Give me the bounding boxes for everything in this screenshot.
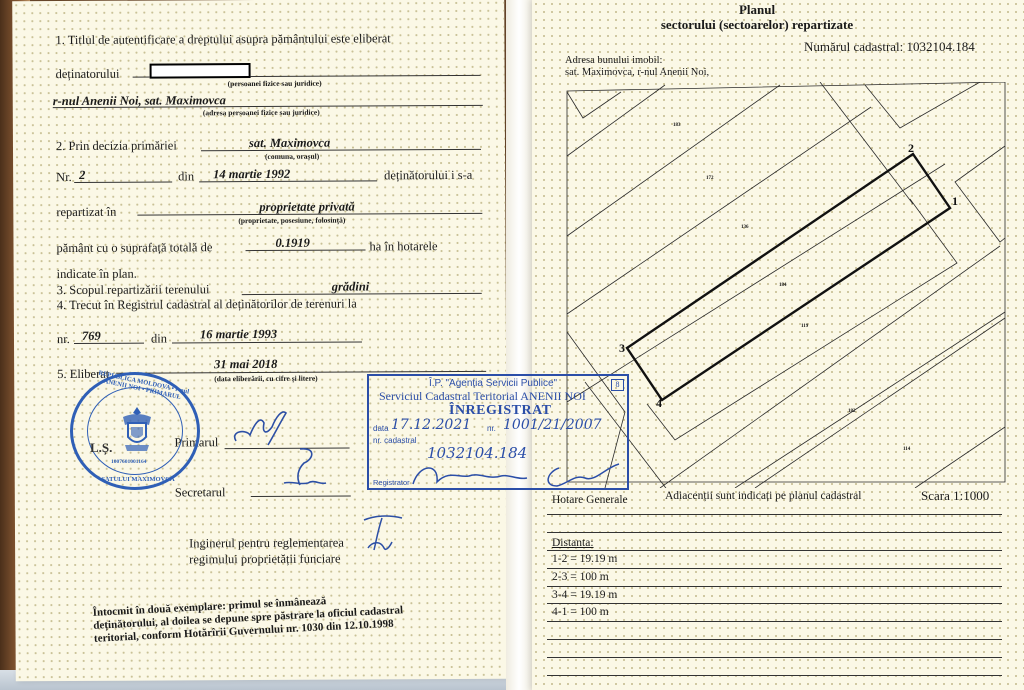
section2-label: 2. Prin decizia primăriei (56, 138, 177, 154)
decision-din-label: din (178, 169, 194, 184)
holder-hint: (persoanei fizice sau juridice) (228, 79, 322, 88)
parcel-label: 183 (673, 123, 681, 128)
stamp-cadastral-label: nr. cadastral (373, 436, 417, 445)
area-note: indicate în plan. (57, 267, 137, 282)
issue-date-hint: (data eliberării, cu cifre și litere) (214, 374, 317, 384)
registration-stamp: 8 Î.P. "Agenția Servicii Publice" Servic… (367, 374, 629, 490)
vertex-label-2: 2 (908, 141, 914, 155)
section1-heading: 1. Titlul de autentificare a dreptului a… (55, 31, 390, 48)
register-nr-label: nr. (57, 332, 70, 347)
parcel-label: 182 (848, 409, 856, 414)
area-value: 0.1919 (275, 236, 309, 251)
scale-label: Scara 1:1000 (921, 488, 989, 504)
section4-label: 4. Trecut în Registrul cadastral al deți… (57, 296, 357, 313)
register-date-value: 16 martie 1993 (200, 327, 277, 342)
decision-nr-line (74, 181, 172, 183)
property-address-label: Adresa bunului imobil: (565, 55, 662, 66)
left-page: 1. Titlul de autentificare a dreptului a… (12, 0, 508, 681)
rule-line (547, 639, 1002, 640)
authority-hint: (comuna, orașul) (265, 152, 319, 161)
stamp-box-number: 8 (611, 379, 624, 391)
rule-line (547, 550, 1002, 551)
parcel-drawing: 183 172 136 184 119 182 114 1 2 3 4 (565, 82, 1010, 488)
parcel-label: 114 (903, 447, 911, 452)
rule-line (547, 586, 1002, 587)
secretary-signature (270, 445, 330, 495)
adjacent-note: Adiacenții sunt indicați pe planul cadas… (665, 490, 861, 502)
cadastral-number-value: 1032104.184 (907, 39, 975, 54)
purpose-value: grădini (332, 279, 370, 294)
cadastral-number-label: Numărul cadastral: (804, 39, 903, 54)
stamp-nr-label: nr. (487, 424, 496, 433)
holder-label: deținatorului (56, 67, 120, 82)
repartizat-label: repartizat în (56, 205, 116, 220)
engineer-signature (358, 512, 408, 557)
authority-line (201, 149, 481, 151)
redacted-holder-name (150, 63, 251, 79)
issue-date-value: 31 mai 2018 (214, 357, 277, 372)
rule-line (547, 621, 1002, 622)
property-address-value: sat. Maximovca, r-nul Anenii Noi, (565, 67, 709, 78)
stamp-agency: Î.P. "Agenția Servicii Publice" (429, 378, 557, 389)
stamp-nr-value: 1001/21/2007 (503, 417, 602, 433)
distances-label: Distanta: (552, 537, 594, 549)
engineer-label-line1: Inginerul pentru reglementarea (189, 536, 344, 552)
stamp-date-label: data (373, 424, 389, 433)
rule-line (547, 568, 1002, 569)
plan-subtitle: sectorului (sectoarelor) repartizate (532, 17, 982, 33)
rule-line (547, 657, 1002, 658)
cadastral-map: 183 172 136 184 119 182 114 1 2 3 4 (565, 82, 1010, 488)
rule-line (547, 603, 1002, 604)
decision-date-value: 14 martie 1992 (213, 167, 290, 182)
seal-ls-mark: L.Ș. (90, 440, 112, 456)
stamp-date-value: 17.12.2021 (391, 417, 471, 433)
area-label: pământ cu o suprafață totală de (56, 240, 212, 256)
plan-title: Planul (532, 2, 982, 18)
register-nr-value: 769 (82, 329, 101, 344)
coat-of-arms-icon (119, 405, 155, 455)
seal-text-bottom: SATULUI MAXIMOVCA (98, 476, 178, 483)
vertex-label-3: 3 (619, 341, 625, 355)
stamp-office: Serviciul Cadastral Teritorial ANENII NO… (379, 389, 586, 404)
engineer-label-line2: regimului proprietății funciare (189, 552, 340, 568)
rule-line (547, 675, 1002, 676)
vertex-label-1: 1 (952, 194, 958, 208)
decision-suffix: deținătorului i s-a (384, 168, 472, 183)
mayor-signature (228, 405, 298, 450)
regime-hint: (proprietate, posesiune, folosință) (238, 216, 345, 226)
parcel-label: 184 (779, 283, 787, 288)
authority-value: sat. Maximovca (249, 136, 330, 151)
distance-3-4: 3-4 = 19.19 m (552, 589, 617, 601)
footer-note: Întocmit în două exemplare: primul se în… (92, 591, 404, 646)
parcel-label: 136 (741, 225, 749, 230)
parcel-label: 172 (706, 176, 714, 181)
seal-code: 1007601001164 (111, 459, 146, 465)
decision-nr-value: 2 (79, 168, 85, 183)
municipal-seal: REPUBLICA MOLDOVA • r-nul ANENII NOI • P… (70, 372, 200, 490)
stamp-registrar-label: Registrator (373, 478, 410, 487)
register-din-label: din (151, 331, 167, 346)
registrar-signature (409, 458, 629, 490)
vertex-label-4: 4 (656, 396, 662, 410)
regime-value: proprietate privată (259, 200, 355, 215)
section3-label: 3. Scopul repartizării terenului (57, 282, 210, 298)
rule-line (547, 532, 1002, 533)
secretary-signature-line (251, 496, 351, 498)
address-hint: (adresa persoanei fizice sau juridice) (203, 108, 320, 118)
distance-1-2: 1-2 = 19.19 m (552, 553, 617, 565)
decision-nr-label: Nr. (56, 170, 72, 185)
rule-line (547, 514, 1002, 515)
distance-2-3: 2-3 = 100 m (552, 571, 609, 583)
page-gutter (506, 0, 532, 690)
distance-4-1: 4-1 = 100 m (552, 606, 609, 618)
hotare-label: Hotare Generale (552, 494, 628, 506)
cadastral-number-row: Numărul cadastral: 1032104.184 (804, 39, 975, 55)
secretary-label: Secretarul (175, 485, 226, 500)
parcel-label: 119 (801, 324, 809, 329)
area-suffix: ha în hotarele (369, 239, 437, 254)
